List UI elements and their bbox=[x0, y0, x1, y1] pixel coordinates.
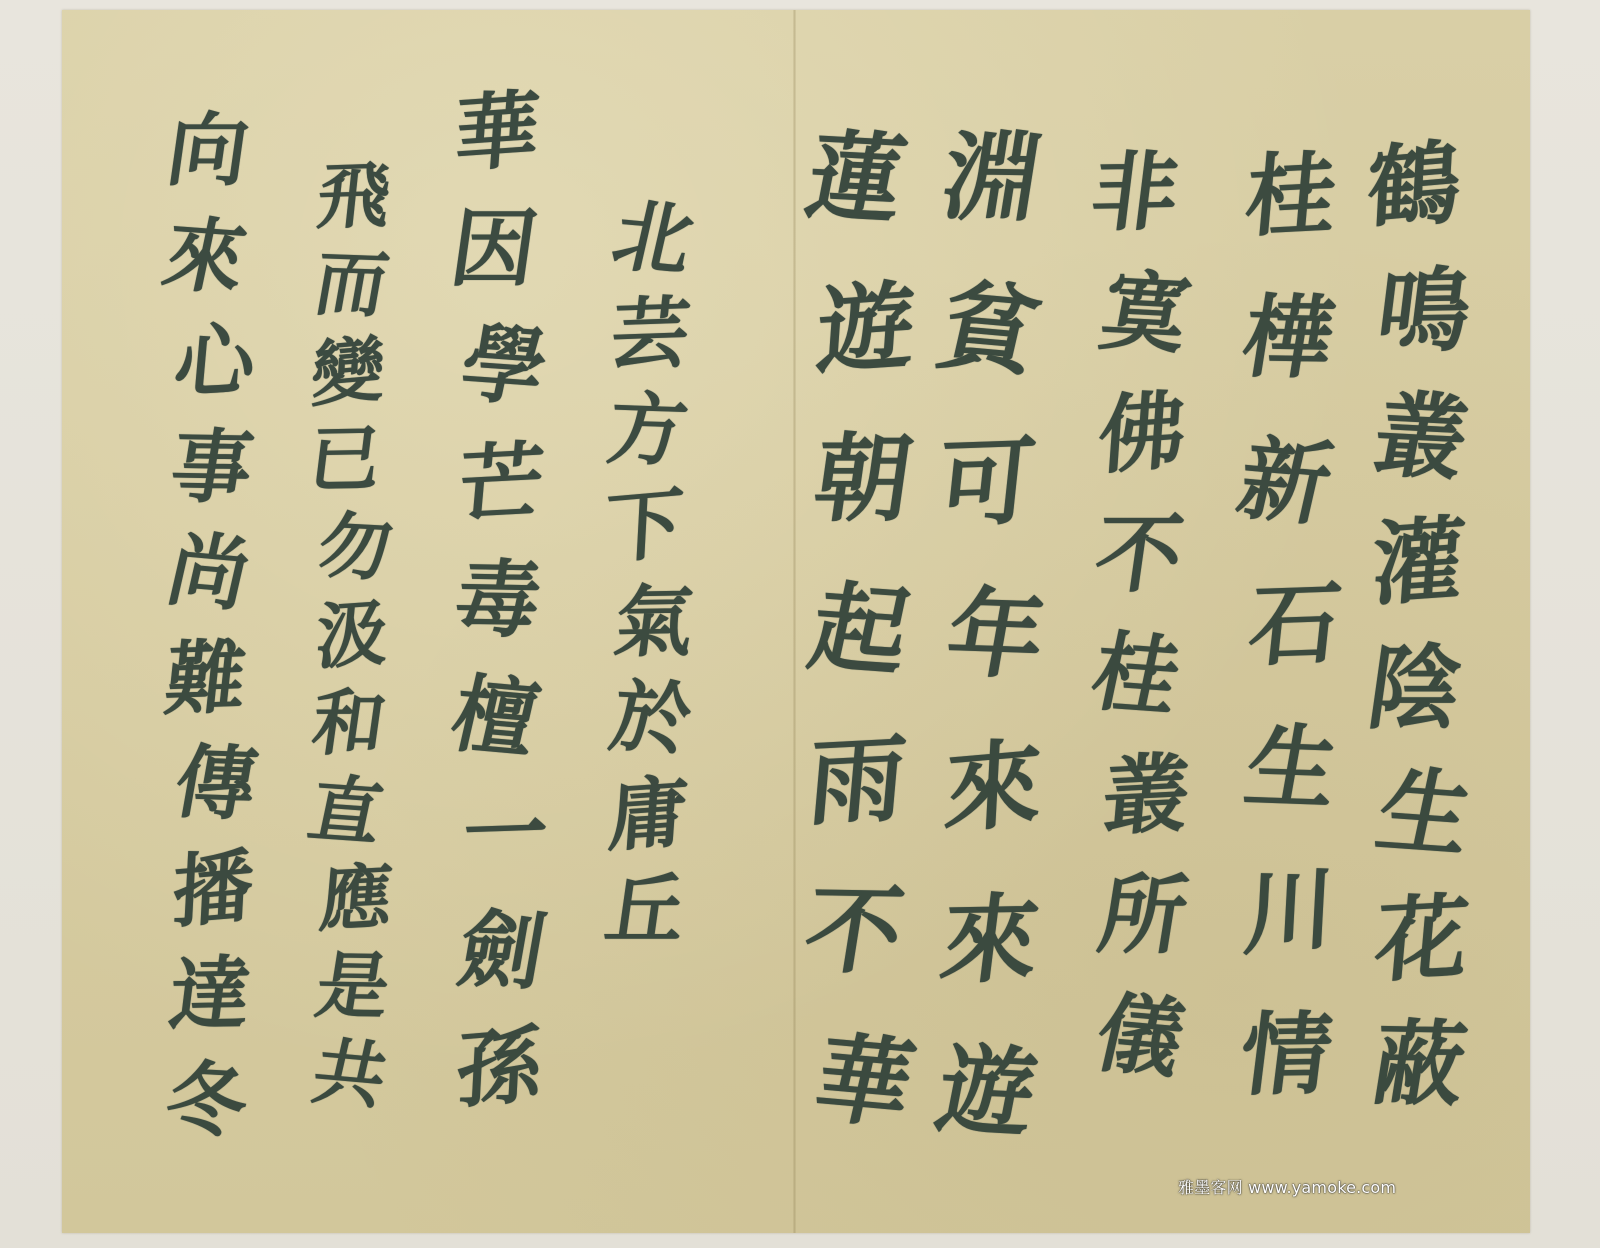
calligraphy-character: 達 bbox=[165, 954, 255, 1035]
calligraphy-character: 佛 bbox=[1096, 388, 1189, 480]
calligraphy-character: 於 bbox=[605, 678, 697, 760]
calligraphy-character: 方 bbox=[601, 391, 692, 472]
calligraphy-character: 難 bbox=[162, 636, 251, 719]
calligraphy-character: 傳 bbox=[169, 742, 263, 825]
calligraphy-character: 一 bbox=[458, 791, 551, 878]
calligraphy-character: 情 bbox=[1235, 1009, 1336, 1101]
calligraphy-character: 華 bbox=[806, 1030, 922, 1134]
calligraphy-character: 非 bbox=[1087, 149, 1184, 236]
calligraphy-character: 淵 bbox=[937, 129, 1048, 227]
calligraphy-character: 北 bbox=[606, 197, 700, 282]
calligraphy-character: 芸 bbox=[607, 295, 694, 376]
calligraphy-character: 而 bbox=[309, 247, 393, 321]
calligraphy-column: 淵貧可年來來遊 bbox=[932, 130, 1048, 1140]
calligraphy-character: 學 bbox=[454, 321, 555, 411]
calligraphy-character: 朝 bbox=[808, 431, 917, 527]
calligraphy-column: 蓮遊朝起雨不華 bbox=[802, 130, 918, 1130]
calligraphy-character: 可 bbox=[933, 433, 1040, 532]
calligraphy-character: 生 bbox=[1239, 722, 1344, 815]
calligraphy-character: 華 bbox=[452, 87, 543, 177]
calligraphy-character: 新 bbox=[1231, 433, 1340, 531]
calligraphy-character: 蔽 bbox=[1366, 1017, 1472, 1111]
calligraphy-column: 桂樺新石生川情 bbox=[1235, 150, 1345, 1100]
calligraphy-column: 華因學芒毒檀一劍孫 bbox=[448, 90, 552, 1110]
calligraphy-character: 變 bbox=[310, 333, 386, 411]
calligraphy-character: 已 bbox=[304, 423, 385, 496]
calligraphy-column: 非寞佛不桂叢所儀 bbox=[1087, 150, 1193, 1080]
calligraphy-character: 遊 bbox=[930, 1042, 1044, 1143]
calligraphy-column: 北芸方下氣於庸丘 bbox=[601, 200, 699, 950]
calligraphy-character: 應 bbox=[317, 861, 396, 937]
calligraphy-character: 下 bbox=[603, 485, 686, 570]
calligraphy-character: 蓮 bbox=[799, 128, 913, 229]
calligraphy-character: 汲 bbox=[313, 597, 391, 674]
calligraphy-character: 勿 bbox=[312, 509, 397, 585]
calligraphy-character: 貧 bbox=[931, 278, 1047, 382]
calligraphy-character: 來 bbox=[157, 213, 253, 298]
calligraphy-character: 芒 bbox=[455, 439, 547, 527]
calligraphy-character: 直 bbox=[303, 772, 389, 849]
calligraphy-character: 飛 bbox=[314, 159, 394, 233]
calligraphy-character: 尚 bbox=[161, 529, 258, 616]
calligraphy-character: 是 bbox=[311, 950, 394, 1023]
site-watermark: 雅墨客网 www.yamoke.com bbox=[1178, 1175, 1396, 1198]
calligraphy-character: 孫 bbox=[454, 1022, 543, 1113]
calligraphy-character: 播 bbox=[171, 845, 256, 932]
calligraphy-column: 向來心事尚難傳播達冬 bbox=[160, 110, 260, 1140]
calligraphy-character: 陰 bbox=[1363, 642, 1468, 734]
calligraphy-character: 年 bbox=[940, 585, 1052, 684]
calligraphy-character: 灌 bbox=[1368, 513, 1467, 611]
calligraphy-column: 飛而變已勿汲和直應是共 bbox=[304, 160, 396, 1110]
calligraphy-character: 起 bbox=[803, 579, 918, 681]
calligraphy-character: 氣 bbox=[610, 583, 698, 662]
calligraphy-character: 不 bbox=[1090, 512, 1188, 598]
calligraphy-character: 來 bbox=[936, 891, 1044, 989]
calligraphy-character: 所 bbox=[1093, 873, 1192, 960]
calligraphy-character: 遊 bbox=[814, 277, 917, 379]
center-fold-seam bbox=[793, 10, 796, 1233]
calligraphy-character: 鶴 bbox=[1365, 136, 1463, 236]
calligraphy-column: 鶴鳴叢灌陰生花蔽 bbox=[1364, 140, 1476, 1110]
calligraphy-character: 鳴 bbox=[1372, 265, 1476, 359]
calligraphy-character: 雨 bbox=[804, 730, 909, 831]
calligraphy-character: 丘 bbox=[601, 872, 690, 950]
calligraphy-character: 桂 bbox=[1242, 148, 1340, 243]
calligraphy-character: 叢 bbox=[1099, 751, 1193, 841]
calligraphy-character: 和 bbox=[308, 687, 390, 759]
calligraphy-character: 因 bbox=[446, 207, 542, 291]
calligraphy-character: 寞 bbox=[1094, 268, 1196, 358]
calligraphy-character: 劍 bbox=[453, 908, 551, 995]
calligraphy-character: 川 bbox=[1241, 863, 1337, 961]
calligraphy-character: 石 bbox=[1245, 578, 1345, 671]
calligraphy-character: 叢 bbox=[1367, 388, 1476, 485]
calligraphy-character: 生 bbox=[1370, 764, 1480, 862]
calligraphy-character: 檀 bbox=[444, 671, 546, 762]
calligraphy-character: 不 bbox=[799, 882, 910, 980]
calligraphy-character: 向 bbox=[162, 110, 253, 190]
calligraphy-character: 毒 bbox=[449, 557, 546, 642]
calligraphy-character: 花 bbox=[1372, 890, 1473, 987]
calligraphy-character: 冬 bbox=[160, 1058, 255, 1142]
calligraphy-character: 樺 bbox=[1236, 293, 1340, 385]
calligraphy-character: 心 bbox=[171, 319, 259, 403]
calligraphy-character: 儀 bbox=[1088, 990, 1192, 1083]
calligraphy-character: 桂 bbox=[1084, 629, 1187, 721]
calligraphy-character: 共 bbox=[306, 1035, 393, 1113]
calligraphy-character: 事 bbox=[166, 426, 258, 507]
calligraphy-character: 庸 bbox=[606, 773, 690, 856]
calligraphy-character: 來 bbox=[942, 735, 1044, 839]
